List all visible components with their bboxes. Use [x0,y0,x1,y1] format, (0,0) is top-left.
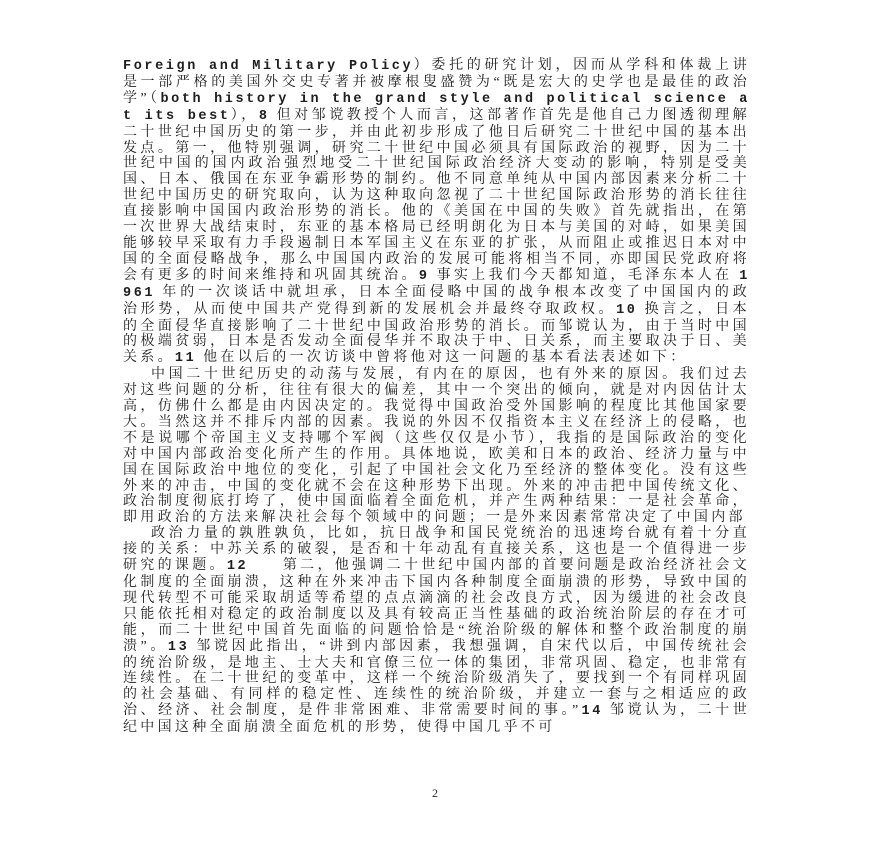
document-body: Foreign and Military Policy）委托的研究计划，因而从学… [123,58,750,736]
text-run: 事实上我们今天都知道，毛泽东本人在 [430,268,740,283]
latin-text-run: 9 [419,269,430,284]
paragraph: 中国二十世纪历史的动荡与发展，有内在的原因，也有外来的原因。我们过去对这些问题的… [123,367,750,526]
text-run: 中国二十世纪历史的动荡与发展，有内在的原因，也有外来的原因。我们过去对这些问题的… [123,367,750,525]
latin-text-run: 13 [168,640,189,655]
latin-text-run: 14 [582,704,603,719]
text-run: 但对邹谠教授个人而言，这部著作首先是他自己力图透彻理解二十世纪中国历史的第一步，… [123,108,750,283]
page-number: 2 [0,786,870,801]
latin-text-run: 10 [616,303,637,318]
text-run: ）， [231,108,259,123]
latin-text-run: 8 [259,109,270,124]
latin-text-run: Foreign and Military Policy [123,59,413,74]
document-page: Foreign and Military Policy）委托的研究计划，因而从学… [0,0,870,842]
text-run: 他在以后的一次访谈中曾将他对这一问题的基本看法表述如下： [196,350,687,365]
paragraph: 政治力量的孰胜孰负，比如，抗日战争和国民党统治的迅速垮台就有着十分直接的关系：中… [123,526,750,736]
latin-text-run: 12 [227,559,248,574]
latin-text-run: 11 [175,351,196,366]
paragraph: Foreign and Military Policy）委托的研究计划，因而从学… [123,58,750,367]
